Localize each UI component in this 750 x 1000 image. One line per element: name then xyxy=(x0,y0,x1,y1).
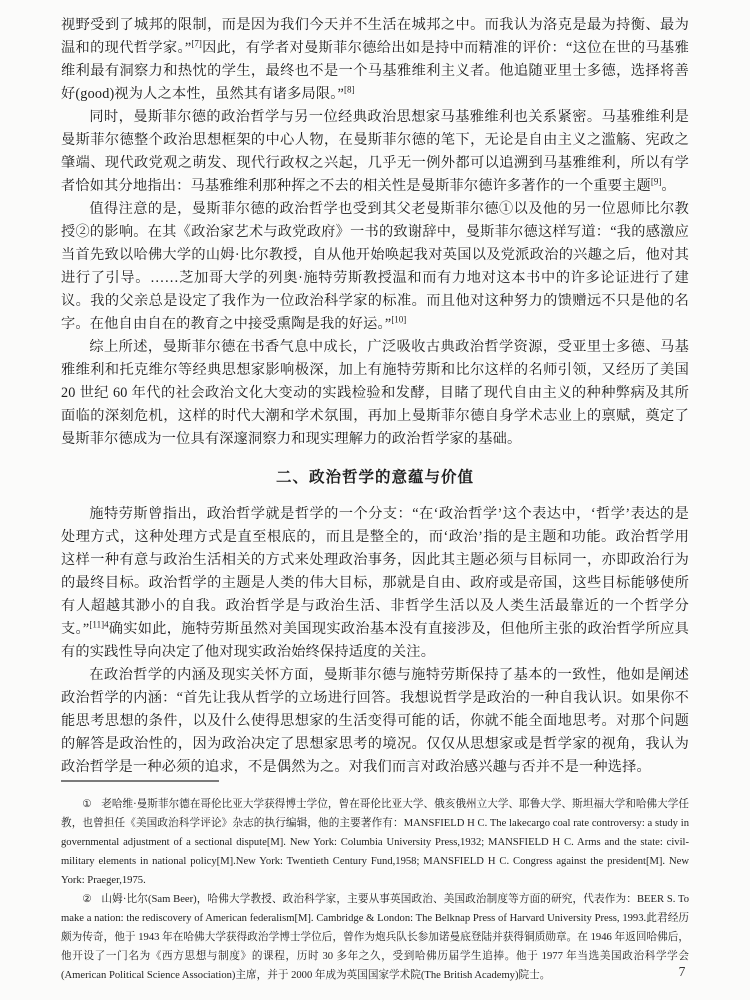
section-heading: 二、政治哲学的意蕴与价值 xyxy=(61,466,689,490)
citation-ref-9: [9] xyxy=(651,176,662,186)
footnote-text: 山姆·比尔(Sam Beer)，哈佛大学教授、政治科学家，主要从事英国政治、美国… xyxy=(61,894,689,981)
body-text-run: 。 xyxy=(661,178,675,194)
paragraph-mansfield-view: 在政治哲学的内涵及现实关怀方面，曼斯菲尔德与施特劳斯保持了基本的一致性，他如是阐… xyxy=(61,664,689,779)
paragraph-strauss-quote: 施特劳斯曾指出，政治哲学就是哲学的一个分支：“在‘政治哲学’这个表达中，‘哲学’… xyxy=(61,503,689,664)
body-text-run: 综上所述，曼斯菲尔德在书香气息中成长，广泛吸收古典政治哲学资源，受亚里士多德、马… xyxy=(61,339,689,447)
body-text-run: 确实如此，施特劳斯虽然对美国现实政治基本没有直接涉及，但他所主张的政治哲学所应具… xyxy=(61,621,689,660)
page-number: 7 xyxy=(670,964,694,980)
citation-ref-8: [8] xyxy=(344,84,355,94)
footnote-area: ①老哈维·曼斯菲尔德在哥伦比亚大学获得博士学位，曾在哥伦比亚大学、俄亥俄州立大学… xyxy=(61,780,689,985)
body-text-run: 同时，曼斯菲尔德的政治哲学与另一位经典政治思想家马基雅维利也关系紧密。马基雅维利… xyxy=(61,109,689,194)
body-text-run: 值得注意的是，曼斯菲尔德的政治哲学也受到其父老曼斯菲尔德①以及他的另一位恩师比尔… xyxy=(61,201,689,332)
body-text-run: 施特劳斯曾指出，政治哲学就是哲学的一个分支：“在‘政治哲学’这个表达中，‘哲学’… xyxy=(61,506,689,637)
citation-ref-11: [11]4 xyxy=(89,619,108,629)
document-page: 视野受到了城邦的限制，而是因为我们今天并不生活在城邦之中。而我认为洛克是最为持衡… xyxy=(0,0,750,1000)
paragraph-continuation: 视野受到了城邦的限制，而是因为我们今天并不生活在城邦之中。而我认为洛克是最为持衡… xyxy=(61,14,689,106)
footnote-2: ②山姆·比尔(Sam Beer)，哈佛大学教授、政治科学家，主要从事英国政治、美… xyxy=(61,890,689,985)
paragraph-summary: 综上所述，曼斯菲尔德在书香气息中成长，广泛吸收古典政治哲学资源，受亚里士多德、马… xyxy=(61,336,689,451)
paragraph-mentors: 值得注意的是，曼斯菲尔德的政治哲学也受到其父老曼斯菲尔德①以及他的另一位恩师比尔… xyxy=(61,198,689,336)
body-text-run: 在政治哲学的内涵及现实关怀方面，曼斯菲尔德与施特劳斯保持了基本的一致性，他如是阐… xyxy=(61,667,689,775)
citation-ref-10: [10] xyxy=(391,314,406,324)
citation-ref-7: [7] xyxy=(191,38,202,48)
footnote-marker-2: ② xyxy=(82,890,92,909)
paragraph-machiavelli: 同时，曼斯菲尔德的政治哲学与另一位经典政治思想家马基雅维利也关系紧密。马基雅维利… xyxy=(61,106,689,198)
footnote-marker-1: ① xyxy=(82,795,92,814)
footnote-separator xyxy=(61,780,219,782)
article-body: 视野受到了城邦的限制，而是因为我们今天并不生活在城邦之中。而我认为洛克是最为持衡… xyxy=(61,14,689,779)
footnote-text: 老哈维·曼斯菲尔德在哥伦比亚大学获得博士学位，曾在哥伦比亚大学、俄亥俄州立大学、… xyxy=(61,799,689,886)
footnote-1: ①老哈维·曼斯菲尔德在哥伦比亚大学获得博士学位，曾在哥伦比亚大学、俄亥俄州立大学… xyxy=(61,795,689,890)
